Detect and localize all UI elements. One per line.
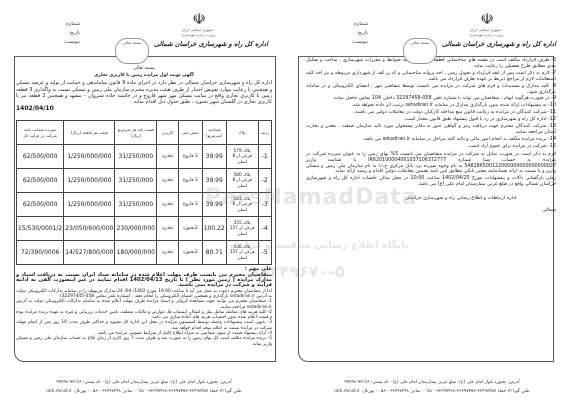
table-row: 4- پلاک 355 فرعی از 157 اصلی 100.22 2بجن… <box>17 217 272 241</box>
number-label: شماره: <box>328 20 368 29</box>
lots-table: ردیف پلاک مساحت (مترمربع) بخش ثبتی کاربر… <box>16 120 272 265</box>
condition-7: 7- لازم به ذکر است پس از عقد قرارداد و ت… <box>306 71 556 83</box>
attachment-label: پیوست: <box>40 38 80 47</box>
ministry-name: جمهوری اسلامی ایران وزارت راه و شهرسازی <box>454 28 518 37</box>
note-deadline: متقاضیان محترم می بایست ظرف مهلت اعلام ش… <box>16 273 272 289</box>
table-row: 2- پلاک 580 فرعی از 8 اصلی 39.99 3 فاروج… <box>17 169 272 193</box>
col-area: مساحت (مترمربع) <box>202 121 226 145</box>
condition-13: 13- شرکت کنندگان محترم جهت دریافت رمز و … <box>306 124 556 136</box>
note-2: 2- کلیه هزینه های معامله شامل نقل و انتق… <box>16 310 272 321</box>
col-usage: کاربری <box>157 121 179 145</box>
footer-contact: تلفن گویا (۳ خط) ۳۲۲۹۷۴۵۷-۳۲۲۹۷۴۵۳-۳۲۲۹۷… <box>288 387 576 396</box>
condition-10: 10- به پیشنهادات ارائه شده بدون بارگذاری… <box>306 103 556 109</box>
note-1: 1- متقاضیان محترم می توانند جهت مشاهده ک… <box>16 299 272 310</box>
table-row: 1- پلاک 579 فرعی از 8 اصلی 39.99 3 فاروج… <box>17 145 272 169</box>
condition-11: 11- شرکت کنندگان در مزایده به رعایت قانو… <box>306 110 556 116</box>
condition-14: 14- برنده مزایده مکلف به انجام امور مالی… <box>306 137 556 143</box>
footer: آدرس: بجنورد بلوار امام علی (ع)، ضلع غرب… <box>0 378 288 396</box>
right-page: ☫ جمهوری اسلامی ایران وزارت راه و شهرساز… <box>288 0 576 420</box>
col-plot: پلاک <box>226 121 258 145</box>
footer: آدرس: بجنورد بلوار امام علی (ع)، ضلع غرب… <box>288 378 576 396</box>
intro-paragraph: اداره کل راه و شهرسازی خراسان شمالی در ن… <box>16 80 272 105</box>
bismillah-text: بسمه تعالی <box>16 66 272 72</box>
date-label: تاریخ: <box>328 29 368 38</box>
letter-meta: شماره: تاریخ: پیوست: <box>328 20 368 47</box>
note-5: 5- برنده مزایده مکلف است کل بهای زمین را… <box>16 336 272 347</box>
bismillah-seal-icon: بسمه تعالی <box>115 38 149 64</box>
condition-15: 15- شرکت در مزایده برای عموم آزاد است. <box>306 144 556 150</box>
date-label: تاریخ: <box>40 29 80 38</box>
table-row: 5- پلاک 436 فرعی از 157 اصلی 80.71 2بجنو… <box>17 241 272 265</box>
department-name: اداره کل راه و شهرسازی خراسان شمالی <box>154 40 268 48</box>
condition-8: 8- کلیه مدارک و مستندات و فرم های شرکت د… <box>306 84 556 96</box>
footer-contact: تلفن گویا (۳ خط) ۳۲۲۹۷۴۵۷-۳۲۲۹۷۴۵۳-۳۲۲۹۷… <box>0 387 288 396</box>
deposit-note: لازم به ذکر است در صورت تمایل به شرکت در… <box>306 152 556 176</box>
table-header-row: ردیف پلاک مساحت (مترمربع) بخش ثبتی کاربر… <box>17 121 272 145</box>
bismillah-seal-icon: بسمه تعالی <box>403 38 437 64</box>
condition-9: 9- در صورت هرگونه ابهام ، متقاضیان می تو… <box>306 96 556 102</box>
table-row: 3- پلاک 581 فرعی از 8 اصلی 39.99 3 فاروج… <box>17 193 272 217</box>
notes-section: علی مهم : متقاضیان محترم می بایست ظرف مه… <box>16 267 272 346</box>
iran-emblem-icon: ☫ <box>476 10 498 28</box>
ministry-name: جمهوری اسلامی ایران وزارت راه و شهرسازی <box>166 28 230 37</box>
iran-emblem-icon: ☫ <box>188 10 210 28</box>
footer-address: آدرس: بجنورد بلوار امام علی (ع)، ضلع غرب… <box>0 378 288 387</box>
attachment-label: پیوست: <box>328 38 368 47</box>
side-strip <box>278 56 288 362</box>
department-name: اداره کل راه و شهرسازی خراسان شمالی <box>442 40 556 48</box>
note-upload: لذا از متقاضیان محترم دعوت به عمل می آید… <box>16 289 272 300</box>
col-total-price: قیمت هر قطعه (ریال) <box>64 121 115 145</box>
signoff: اداره ارتباطات و اطلاع رسانی راه و شهرسا… <box>306 196 556 202</box>
side-strip <box>566 56 576 362</box>
col-row: ردیف <box>258 121 271 145</box>
number-label: شماره: <box>40 20 80 29</box>
col-section: بخش ثبتی <box>178 121 202 145</box>
footer-address: آدرس: بجنورد بلوار امام علی (ع)، ضلع غرب… <box>288 378 576 387</box>
opening-note: زمان بازگشایی پاکات و پیشنهادات مورخ 140… <box>306 176 556 188</box>
condition-12: 12- اداره کل راه و شهرسازی در رد یا قبول… <box>306 117 556 123</box>
announcement-title: آگهی نوبت اول مزایده زمین با کاربری تجار… <box>16 73 272 79</box>
col-deposit: سپرده ضمانت نامه شرکت در فرآیند کار <box>17 121 64 145</box>
letter-meta: شماره: تاریخ: پیوست: <box>40 20 80 47</box>
conditions-body: 6- طرف قرارداد مکلف است در نقشه های ساخت… <box>306 58 556 214</box>
left-page: ☫ جمهوری اسلامی ایران وزارت راه و شهرساز… <box>0 0 288 420</box>
announcement-date: 1402/04/10 <box>16 106 272 112</box>
signoff-region: شمالی <box>306 208 556 214</box>
col-unit-price: قیمت پایه هر مترمربع (ریال) <box>115 121 157 145</box>
note-3: 3- بدیهی است پیشنهادات واصله توسط کمیسیو… <box>16 320 272 331</box>
announcement-body: بسمه تعالی آگهی نوبت اول مزایده زمین با … <box>16 60 272 347</box>
